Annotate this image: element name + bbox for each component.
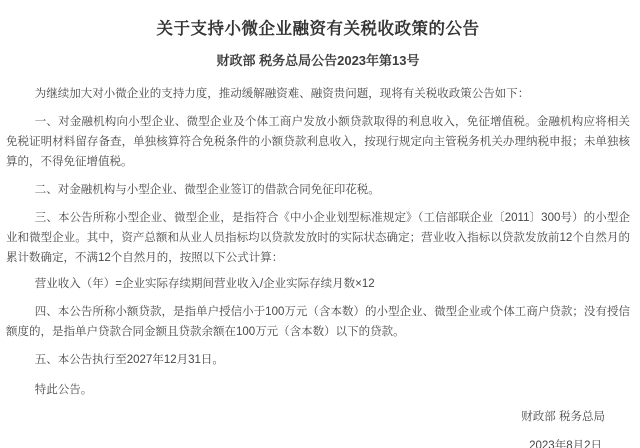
revenue-formula-line: 营业收入（年）=企业实际存续期间营业收入/企业实际存续月数×12 <box>6 274 630 294</box>
page-title: 关于支持小微企业融资有关税收政策的公告 <box>6 18 630 40</box>
clause-1-vat-exemption: 一、对金融机构向小型企业、微型企业及个体工商户发放小额贷款取得的利息收入，免征增… <box>6 112 630 172</box>
clause-4-small-loan-definition: 四、本公告所称小额贷款，是指单户授信小于100万元（含本数）的小型企业、微型企业… <box>6 302 630 342</box>
issuing-authority-signature: 财政部 税务总局 <box>6 407 630 427</box>
clause-5-effective-date: 五、本公告执行至2027年12月31日。 <box>6 350 630 370</box>
intro-paragraph: 为继续加大对小微企业的支持力度，推动缓解融资难、融资贵问题，现将有关税收政策公告… <box>6 84 630 104</box>
clause-2-stamp-tax-exemption: 二、对金融机构与小型企业、微型企业签订的借款合同免征印花税。 <box>6 180 630 200</box>
document-number: 财政部 税务总局公告2023年第13号 <box>6 53 630 69</box>
clause-3-enterprise-definitions: 三、本公告所称小型企业、微型企业，是指符合《中小企业划型标准规定》（工信部联企业… <box>6 208 630 268</box>
announcement-document: 关于支持小微企业融资有关税收政策的公告 财政部 税务总局公告2023年第13号 … <box>0 0 640 448</box>
closing-statement: 特此公告。 <box>6 380 630 400</box>
issue-date: 2023年8月2日 <box>6 436 630 448</box>
